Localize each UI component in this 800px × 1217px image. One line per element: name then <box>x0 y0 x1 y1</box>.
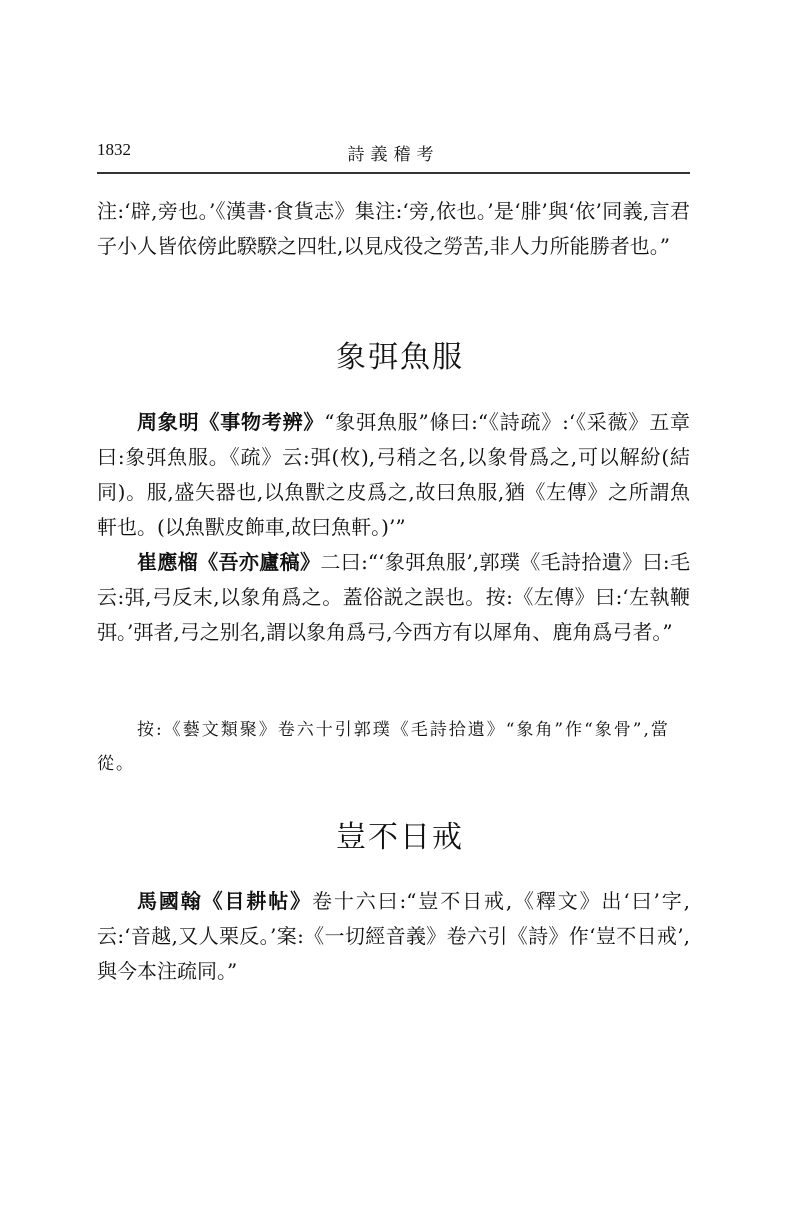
continuation-text: 注:‘辟,旁也。’《漢書·食貨志》集注:‘旁,依也。’是‘腓’與‘依’同義,言君… <box>97 194 690 264</box>
page-header: 1832 詩義稽考 <box>97 140 690 180</box>
editor-note: 按:《藝文類聚》卷六十引郭璞《毛詩拾遺》“象角”作“象骨”,當從。 <box>97 713 690 781</box>
entry-paragraph: 周象明《事物考辨》“象弭魚服”條曰:“《詩疏》:‘《采薇》五章曰:象弭魚服。《疏… <box>97 405 690 545</box>
entry-source: 周象明《事物考辨》 <box>137 410 324 434</box>
header-rule <box>97 172 690 174</box>
continuation-paragraph: 注:‘辟,旁也。’《漢書·食貨志》集注:‘旁,依也。’是‘腓’與‘依’同義,言君… <box>97 194 690 264</box>
running-title: 詩義稽考 <box>97 140 690 165</box>
entry-source: 馬國翰《目耕帖》 <box>137 889 312 913</box>
entry-paragraph: 馬國翰《目耕帖》卷十六曰:“豈不日戒,《釋文》出‘曰’字,云:‘音越,又人栗反。… <box>97 884 690 989</box>
entry-paragraph: 崔應榴《吾亦廬稿》二曰:“‘象弭魚服’,郭璞《毛詩拾遺》曰:毛云:弭,弓反末,以… <box>97 545 690 650</box>
section-title: 象弭魚服 <box>0 332 800 376</box>
section-2-body: 馬國翰《目耕帖》卷十六曰:“豈不日戒,《釋文》出‘曰’字,云:‘音越,又人栗反。… <box>97 884 690 989</box>
entry-source: 崔應榴《吾亦廬稿》 <box>137 550 320 574</box>
section-1-body: 周象明《事物考辨》“象弭魚服”條曰:“《詩疏》:‘《采薇》五章曰:象弭魚服。《疏… <box>97 405 690 650</box>
section-title: 豈不日戒 <box>0 812 800 856</box>
